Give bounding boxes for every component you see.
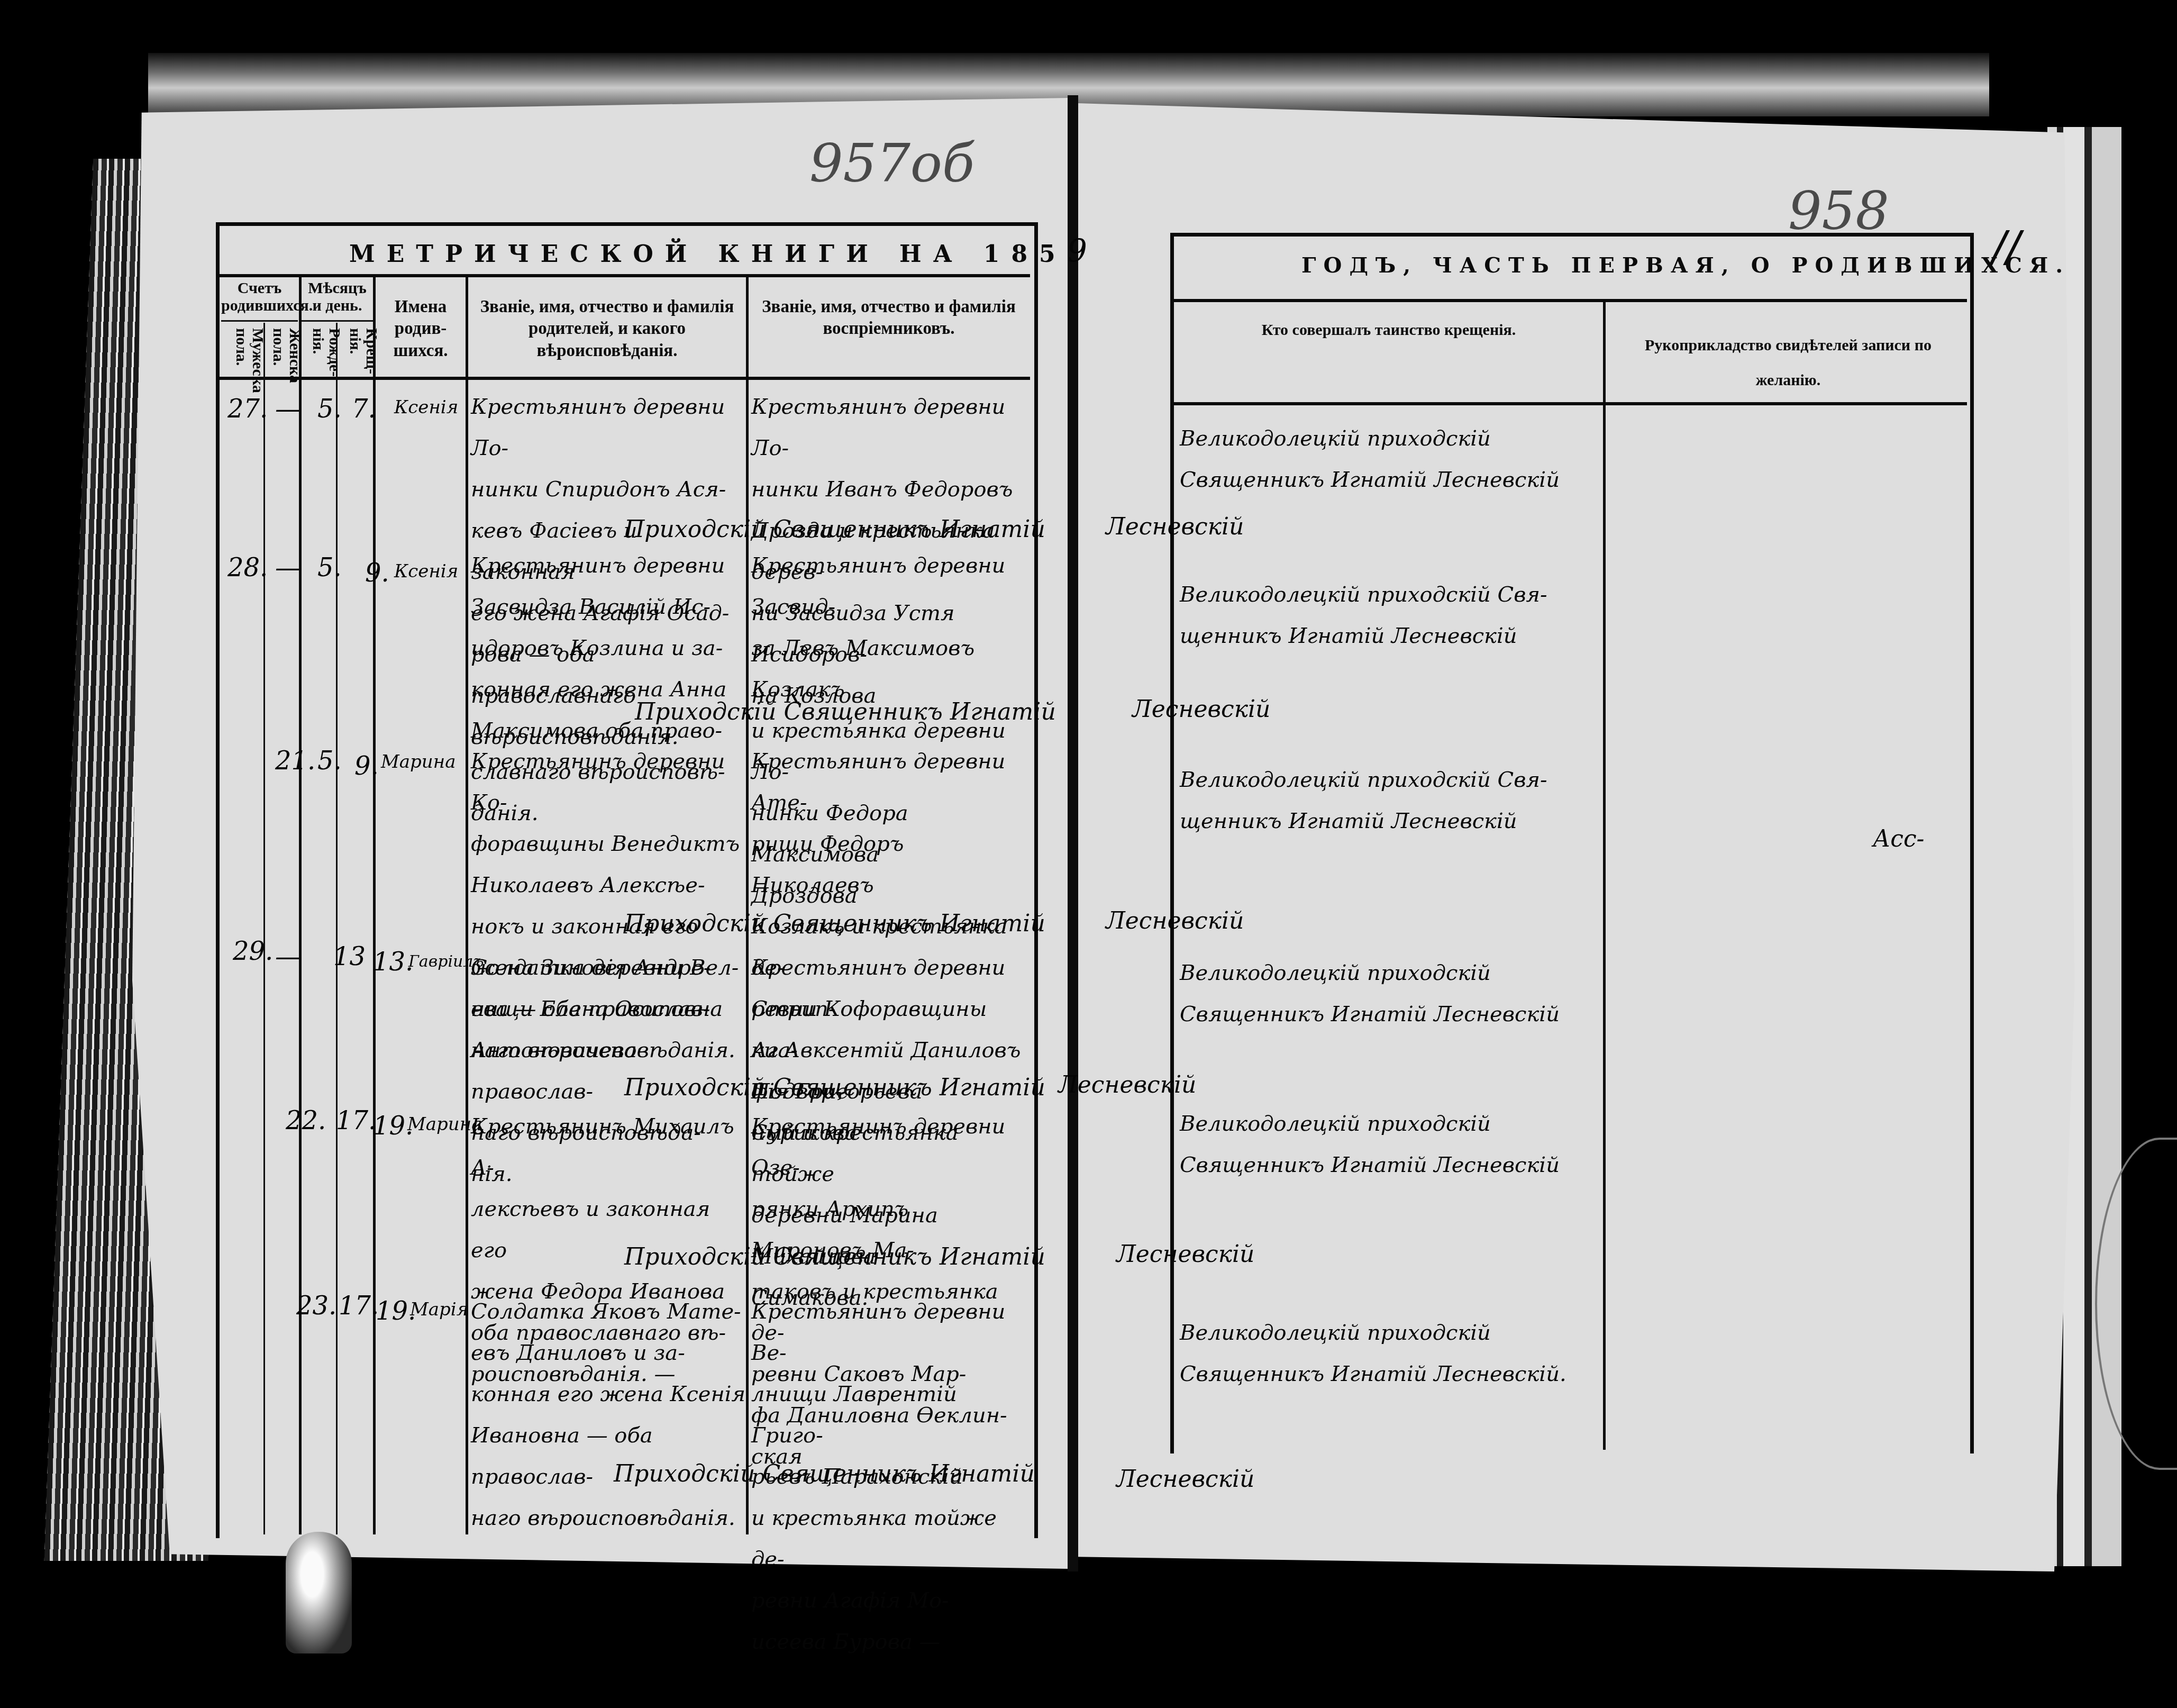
subheader-rule-month <box>302 320 373 322</box>
entry-2-male-no: 28. <box>227 553 268 583</box>
entry-4-birth-day: 13 <box>333 942 366 971</box>
right-register-table <box>1170 233 1974 1453</box>
entry-3-baptism-day: 9. <box>354 751 379 781</box>
performed-entry-5: Великодолецкій приходскій Священникъ Игн… <box>1180 1103 1614 1186</box>
header-performed-by: Кто совершалъ таинство крещенія. <box>1180 320 1598 340</box>
entry-6-birth-day: 17. <box>339 1291 379 1321</box>
entry-3-officiant-note: Приходскій Священникъ Игнатій <box>624 910 1045 937</box>
continuation-1: Лесневскій <box>1106 513 1244 540</box>
continuation-3: Лесневскій <box>1106 907 1244 934</box>
entry-1-male-no: 27. <box>227 394 268 424</box>
entry-1-name: Ксенія <box>394 397 458 418</box>
book-spine-gutter <box>1068 95 1078 1571</box>
col-divider-day <box>336 323 338 1534</box>
header-count: Счетъ родившихся. <box>221 279 298 314</box>
entry-6-officiant-note: Приходскій Священникъ Игнатій <box>614 1460 1035 1487</box>
performed-entry-2: Великодолецкій приходскій Свя- щенникъ И… <box>1180 574 1614 657</box>
performed-entry-3: Великодолецкій приходскій Свя- щенникъ И… <box>1180 759 1614 842</box>
col-divider-month <box>373 275 376 1534</box>
entry-3-name: Марина <box>381 751 456 773</box>
header-godparents: Званіе, имя, отчество и фамилія воспріем… <box>751 296 1026 340</box>
subheader-rule-count <box>221 320 298 322</box>
header-witnesses: Рукоприкладство свидѣтелей записи по жел… <box>1614 328 1963 398</box>
header-rule <box>218 274 1030 277</box>
entry-2-officiant-note: Приходскій Священникъ Игнатій <box>635 698 1056 725</box>
continuation-5: Лесневскій <box>1116 1241 1254 1268</box>
right-print-title: ГОДЪ, ЧАСТЬ ПЕРВАЯ, О РОДИВШИХСЯ. <box>1301 253 2070 278</box>
continuation-2: Лесневскій <box>1132 696 1270 723</box>
entry-5-officiant-note: Приходскій Священникъ Игнатій <box>624 1243 1045 1270</box>
header-month-day: Мѣсяцъ и день. <box>302 279 373 314</box>
right-header-bottom-rule <box>1173 402 1967 405</box>
entry-4-female-no: — <box>275 942 300 971</box>
year-digit-handwritten: 9 <box>1067 233 1087 270</box>
entry-6-name: Марія <box>410 1299 468 1320</box>
left-print-title: МЕТРИЧЕСКОЙ КНИГИ НА 1859 <box>349 233 1087 270</box>
entry-3-female-no: 21. <box>275 746 315 776</box>
header-baptism: Крещ-нія. <box>347 328 380 376</box>
entry-3-birth-day: 5. <box>317 746 342 776</box>
col-divider-count <box>299 275 302 1534</box>
entry-4-male-no: 29. <box>233 937 273 966</box>
entry-1-baptism-day: 7. <box>352 394 376 424</box>
header-male: Мужеска пола. <box>233 328 266 376</box>
left-folio-number: 957об <box>809 132 974 194</box>
header-female: Женска пола. <box>270 328 303 376</box>
continuation-6: Лесневскій <box>1116 1466 1254 1493</box>
col-divider-sex <box>263 323 265 1534</box>
continuation-4: Лесневскій <box>1058 1071 1196 1098</box>
book-clip-ring <box>286 1532 352 1654</box>
entry-5-birth-day: 17. <box>336 1106 376 1135</box>
performed-entry-6: Великодолецкій приходскій Священникъ Игн… <box>1180 1312 1614 1395</box>
entry-2-name: Ксенія <box>394 561 458 582</box>
entry-2-baptism-day: 9. <box>365 558 389 588</box>
entry-2-birth-day: 5. <box>317 553 342 583</box>
header-birth: Рожде-нія. <box>309 328 343 376</box>
entry-1-female-no: — <box>275 394 300 424</box>
entry-2-female-no: — <box>275 553 300 583</box>
col-divider-names <box>466 275 468 1534</box>
header-parents: Званіе, имя, отчество и фамилія родителе… <box>471 296 743 362</box>
performed-entry-4: Великодолецкій приходскій Священникъ Игн… <box>1180 952 1614 1035</box>
entry-1-birth-day: 5. <box>317 394 342 424</box>
header-names: Имена родив-шихся. <box>378 296 463 362</box>
entry-6-parents: Солдатка Яковъ Мате- евъ Даниловъ и за- … <box>471 1291 746 1539</box>
col-divider-parents <box>746 275 749 1534</box>
entry-5-female-no: 22. <box>286 1106 326 1135</box>
right-header-rule <box>1173 299 1967 302</box>
header-bottom-rule <box>218 377 1030 380</box>
entry-4-baptism-day: 13. <box>373 947 413 977</box>
performed-entry-1: Великодолецкій приходскій Священникъ Игн… <box>1180 418 1614 501</box>
witness-signature-fragment: Асс- <box>1873 825 1924 852</box>
entry-6-female-no: 23. <box>296 1291 336 1321</box>
entry-1-officiant-note: Приходскій Священникъ Игнатій <box>624 516 1045 543</box>
entry-4-officiant-note: Приходскій Священникъ Игнатій <box>624 1074 1045 1101</box>
